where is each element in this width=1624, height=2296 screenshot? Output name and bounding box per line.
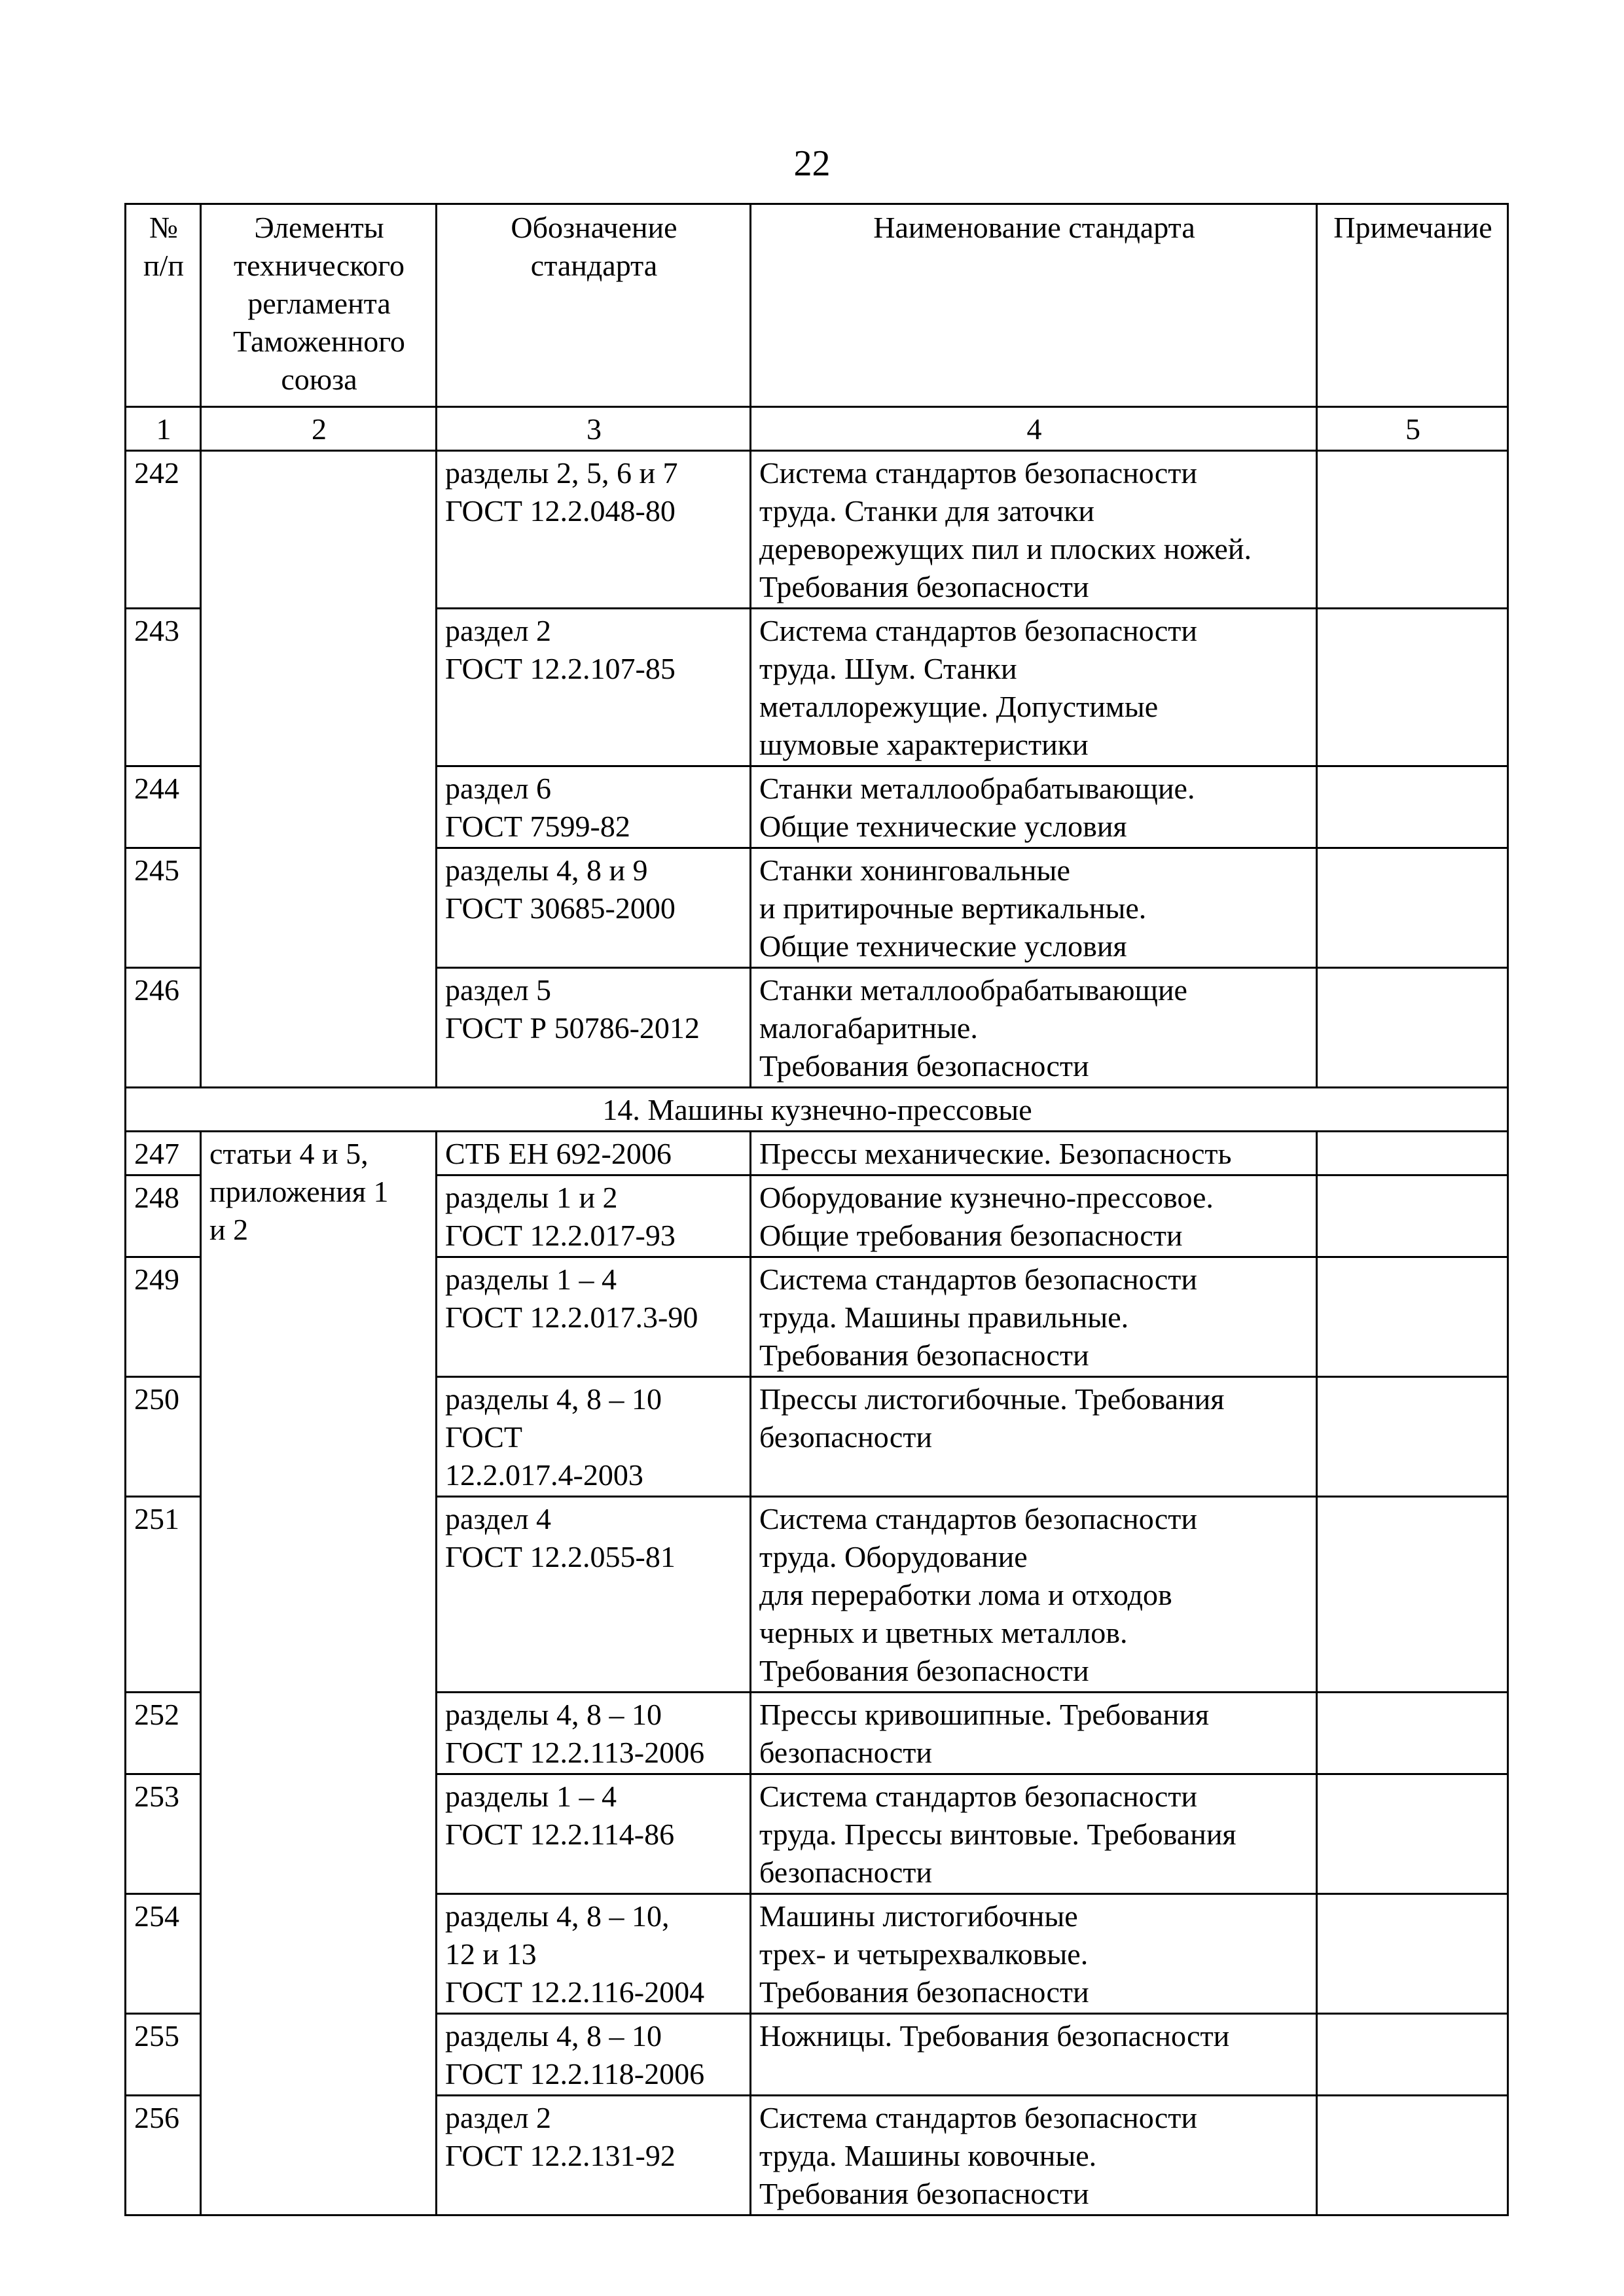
text-line: 12.2.017.4-2003 xyxy=(445,1456,743,1494)
text-line: ГОСТ 12.2.118-2006 xyxy=(445,2055,743,2093)
header-standard-name: Наименование стандарта xyxy=(751,204,1317,407)
standard-name: Станки металлообрабатывающиемалогабаритн… xyxy=(751,968,1317,1088)
text-line: раздел 5 xyxy=(445,971,743,1009)
text-line: статьи 4 и 5, xyxy=(209,1135,429,1173)
standard-designation: разделы 4, 8 и 9ГОСТ 30685-2000 xyxy=(437,848,751,968)
column-number: 3 xyxy=(437,407,751,451)
text-line: разделы 4, 8 – 10 xyxy=(445,1696,743,1734)
note xyxy=(1317,1693,1508,1774)
standard-designation: разделы 4, 8 – 10,12 и 13ГОСТ 12.2.116-2… xyxy=(437,1894,751,2014)
text-line: разделы 4, 8 – 10, xyxy=(445,1897,743,1935)
standard-name: Система стандартов безопасноститруда. Об… xyxy=(751,1497,1317,1693)
text-line: ГОСТ 12.2.017-93 xyxy=(445,1217,743,1255)
text-line: Общие требования безопасности xyxy=(759,1217,1309,1255)
standard-name: Оборудование кузнечно-прессовое.Общие тр… xyxy=(751,1175,1317,1257)
text-line: Общие технические условия xyxy=(759,808,1309,846)
header-designation: Обозначениестандарта xyxy=(437,204,751,407)
table-body-forging-presses: 247статьи 4 и 5,приложения 1и 2СТБ ЕН 69… xyxy=(126,1132,1508,2215)
text-line: трех- и четырехвалковые. xyxy=(759,1935,1309,1973)
table-row: 242разделы 2, 5, 6 и 7ГОСТ 12.2.048-80Си… xyxy=(126,451,1508,609)
standard-name: Прессы листогибочные. Требованиябезопасн… xyxy=(751,1377,1317,1497)
text-line: ГОСТ 12.2.116-2004 xyxy=(445,1973,743,2011)
text-line: малогабаритные. xyxy=(759,1009,1309,1047)
row-number: 246 xyxy=(126,968,201,1088)
note xyxy=(1317,2014,1508,2096)
standard-name: Система стандартов безопасноститруда. Ма… xyxy=(751,2096,1317,2215)
text-line: Обозначение xyxy=(445,209,743,247)
text-line: раздел 4 xyxy=(445,1500,743,1538)
regulation-elements xyxy=(201,451,437,1088)
text-line: труда. Оборудование xyxy=(759,1538,1309,1576)
note xyxy=(1317,1132,1508,1175)
text-line: Станки металлообрабатывающие xyxy=(759,971,1309,1009)
text-line: 12 и 13 xyxy=(445,1935,743,1973)
text-line: Станки хонинговальные xyxy=(759,852,1309,889)
text-line: разделы 1 – 4 xyxy=(445,1778,743,1816)
note xyxy=(1317,848,1508,968)
text-line: Система стандартов безопасности xyxy=(759,1778,1309,1816)
regulation-elements: статьи 4 и 5,приложения 1и 2 xyxy=(201,1132,437,2215)
standard-name: Станки металлообрабатывающие.Общие техни… xyxy=(751,766,1317,848)
text-line: Система стандартов безопасности xyxy=(759,454,1309,492)
column-number: 2 xyxy=(201,407,437,451)
row-number: 251 xyxy=(126,1497,201,1693)
row-number: 247 xyxy=(126,1132,201,1175)
standard-designation: раздел 2ГОСТ 12.2.131-92 xyxy=(437,2096,751,2215)
text-line: металлорежущие. Допустимые xyxy=(759,688,1309,726)
text-line: труда. Прессы винтовые. Требования xyxy=(759,1816,1309,1854)
section-row: 14. Машины кузнечно-прессовые xyxy=(126,1088,1508,1132)
text-line: Ножницы. Требования безопасности xyxy=(759,2017,1309,2055)
row-number: 248 xyxy=(126,1175,201,1257)
standard-name: Станки хонинговальныеи притирочные верти… xyxy=(751,848,1317,968)
text-line: разделы 4, 8 и 9 xyxy=(445,852,743,889)
text-line: технического xyxy=(209,247,429,285)
row-number: 244 xyxy=(126,766,201,848)
standard-name: Система стандартов безопасноститруда. Пр… xyxy=(751,1774,1317,1894)
note xyxy=(1317,1257,1508,1377)
standard-designation: разделы 4, 8 – 10ГОСТ12.2.017.4-2003 xyxy=(437,1377,751,1497)
text-line: № xyxy=(134,209,193,247)
header-elements: ЭлементытехническогорегламентаТаможенног… xyxy=(201,204,437,407)
standard-designation: разделы 4, 8 – 10ГОСТ 12.2.118-2006 xyxy=(437,2014,751,2096)
text-line: труда. Машины ковочные. xyxy=(759,2137,1309,2175)
text-line: Таможенного xyxy=(209,323,429,361)
row-number: 250 xyxy=(126,1377,201,1497)
text-line: ГОСТ 12.2.114-86 xyxy=(445,1816,743,1854)
text-line: Требования безопасности xyxy=(759,1336,1309,1374)
text-line: Машины листогибочные xyxy=(759,1897,1309,1935)
text-line: стандарта xyxy=(445,247,743,285)
note xyxy=(1317,609,1508,766)
text-line: безопасности xyxy=(759,1418,1309,1456)
table-header-row: №п/п ЭлементытехническогорегламентаТамож… xyxy=(126,204,1508,407)
text-line: Наименование стандарта xyxy=(759,209,1309,247)
standard-designation: СТБ ЕН 692-2006 xyxy=(437,1132,751,1175)
standards-table: №п/п ЭлементытехническогорегламентаТамож… xyxy=(124,203,1509,2216)
standard-designation: раздел 6ГОСТ 7599-82 xyxy=(437,766,751,848)
column-number-row: 1 2 3 4 5 xyxy=(126,407,1508,451)
text-line: Система стандартов безопасности xyxy=(759,612,1309,650)
standard-name: Система стандартов безопасноститруда. Ст… xyxy=(751,451,1317,609)
section-title: 14. Машины кузнечно-прессовые xyxy=(126,1088,1508,1132)
note xyxy=(1317,1377,1508,1497)
text-line: ГОСТ 12.2.048-80 xyxy=(445,492,743,530)
text-line: Прессы листогибочные. Требования xyxy=(759,1380,1309,1418)
text-line: Требования безопасности xyxy=(759,2175,1309,2213)
text-line: Система стандартов безопасности xyxy=(759,2099,1309,2137)
text-line: ГОСТ 12.2.113-2006 xyxy=(445,1734,743,1772)
text-line: п/п xyxy=(134,247,193,285)
header-number: №п/п xyxy=(126,204,201,407)
page-number: 22 xyxy=(0,143,1624,185)
text-line: Прессы механические. Безопасность xyxy=(759,1135,1309,1173)
table-section: 14. Машины кузнечно-прессовые xyxy=(126,1088,1508,1132)
text-line: ГОСТ 7599-82 xyxy=(445,808,743,846)
text-line: ГОСТ 12.2.055-81 xyxy=(445,1538,743,1576)
standard-name: Прессы механические. Безопасность xyxy=(751,1132,1317,1175)
standard-designation: раздел 5ГОСТ Р 50786-2012 xyxy=(437,968,751,1088)
text-line: разделы 4, 8 – 10 xyxy=(445,2017,743,2055)
text-line: раздел 2 xyxy=(445,612,743,650)
standard-designation: разделы 1 и 2ГОСТ 12.2.017-93 xyxy=(437,1175,751,1257)
note xyxy=(1317,1497,1508,1693)
text-line: труда. Шум. Станки xyxy=(759,650,1309,688)
row-number: 252 xyxy=(126,1693,201,1774)
text-line: разделы 4, 8 – 10 xyxy=(445,1380,743,1418)
row-number: 253 xyxy=(126,1774,201,1894)
text-line: разделы 1 и 2 xyxy=(445,1179,743,1217)
note xyxy=(1317,766,1508,848)
standard-designation: разделы 4, 8 – 10ГОСТ 12.2.113-2006 xyxy=(437,1693,751,1774)
standard-designation: раздел 4ГОСТ 12.2.055-81 xyxy=(437,1497,751,1693)
note xyxy=(1317,1774,1508,1894)
text-line: регламента xyxy=(209,285,429,323)
header-note: Примечание xyxy=(1317,204,1508,407)
standard-name: Ножницы. Требования безопасности xyxy=(751,2014,1317,2096)
row-number: 243 xyxy=(126,609,201,766)
text-line: раздел 6 xyxy=(445,770,743,808)
text-line: безопасности xyxy=(759,1734,1309,1772)
text-line: труда. Станки для заточки xyxy=(759,492,1309,530)
text-line: ГОСТ 12.2.131-92 xyxy=(445,2137,743,2175)
row-number: 245 xyxy=(126,848,201,968)
text-line: Общие технические условия xyxy=(759,927,1309,965)
row-number: 249 xyxy=(126,1257,201,1377)
text-line: Оборудование кузнечно-прессовое. xyxy=(759,1179,1309,1217)
text-line: ГОСТ 30685-2000 xyxy=(445,889,743,927)
text-line: разделы 2, 5, 6 и 7 xyxy=(445,454,743,492)
column-number: 4 xyxy=(751,407,1317,451)
text-line: для переработки лома и отходов xyxy=(759,1576,1309,1614)
text-line: разделы 1 – 4 xyxy=(445,1261,743,1299)
text-line: Требования безопасности xyxy=(759,568,1309,606)
text-line: шумовые характеристики xyxy=(759,726,1309,764)
text-line: труда. Машины правильные. xyxy=(759,1299,1309,1336)
text-line: ГОСТ 12.2.017.3-90 xyxy=(445,1299,743,1336)
standard-designation: разделы 2, 5, 6 и 7ГОСТ 12.2.048-80 xyxy=(437,451,751,609)
text-line: приложения 1 xyxy=(209,1173,429,1211)
text-line: и 2 xyxy=(209,1211,429,1249)
standard-designation: разделы 1 – 4ГОСТ 12.2.114-86 xyxy=(437,1774,751,1894)
text-line: Примечание xyxy=(1326,209,1500,247)
standard-name: Система стандартов безопасноститруда. Ма… xyxy=(751,1257,1317,1377)
text-line: дереворежущих пил и плоских ножей. xyxy=(759,530,1309,568)
note xyxy=(1317,451,1508,609)
text-line: черных и цветных металлов. xyxy=(759,1614,1309,1652)
column-number: 5 xyxy=(1317,407,1508,451)
text-line: и притирочные вертикальные. xyxy=(759,889,1309,927)
row-number: 256 xyxy=(126,2096,201,2215)
table-row: 247статьи 4 и 5,приложения 1и 2СТБ ЕН 69… xyxy=(126,1132,1508,1175)
standard-name: Система стандартов безопасноститруда. Шу… xyxy=(751,609,1317,766)
row-number: 254 xyxy=(126,1894,201,2014)
text-line: Требования безопасности xyxy=(759,1652,1309,1690)
row-number: 255 xyxy=(126,2014,201,2096)
text-line: Система стандартов безопасности xyxy=(759,1261,1309,1299)
text-line: Система стандартов безопасности xyxy=(759,1500,1309,1538)
text-line: ГОСТ xyxy=(445,1418,743,1456)
text-line: Требования безопасности xyxy=(759,1973,1309,2011)
text-line: безопасности xyxy=(759,1854,1309,1892)
text-line: ГОСТ Р 50786-2012 xyxy=(445,1009,743,1047)
text-line: Требования безопасности xyxy=(759,1047,1309,1085)
table-body-machine-tools: 242разделы 2, 5, 6 и 7ГОСТ 12.2.048-80Си… xyxy=(126,451,1508,1088)
standard-name: Машины листогибочныетрех- и четырехвалко… xyxy=(751,1894,1317,2014)
standard-designation: разделы 1 – 4ГОСТ 12.2.017.3-90 xyxy=(437,1257,751,1377)
row-number: 242 xyxy=(126,451,201,609)
note xyxy=(1317,2096,1508,2215)
note xyxy=(1317,968,1508,1088)
text-line: Прессы кривошипные. Требования xyxy=(759,1696,1309,1734)
note xyxy=(1317,1894,1508,2014)
text-line: Станки металлообрабатывающие. xyxy=(759,770,1309,808)
standard-name: Прессы кривошипные. Требованиябезопаснос… xyxy=(751,1693,1317,1774)
text-line: ГОСТ 12.2.107-85 xyxy=(445,650,743,688)
column-number: 1 xyxy=(126,407,201,451)
text-line: союза xyxy=(209,361,429,399)
text-line: СТБ ЕН 692-2006 xyxy=(445,1135,743,1173)
text-line: Элементы xyxy=(209,209,429,247)
text-line: раздел 2 xyxy=(445,2099,743,2137)
note xyxy=(1317,1175,1508,1257)
standard-designation: раздел 2ГОСТ 12.2.107-85 xyxy=(437,609,751,766)
